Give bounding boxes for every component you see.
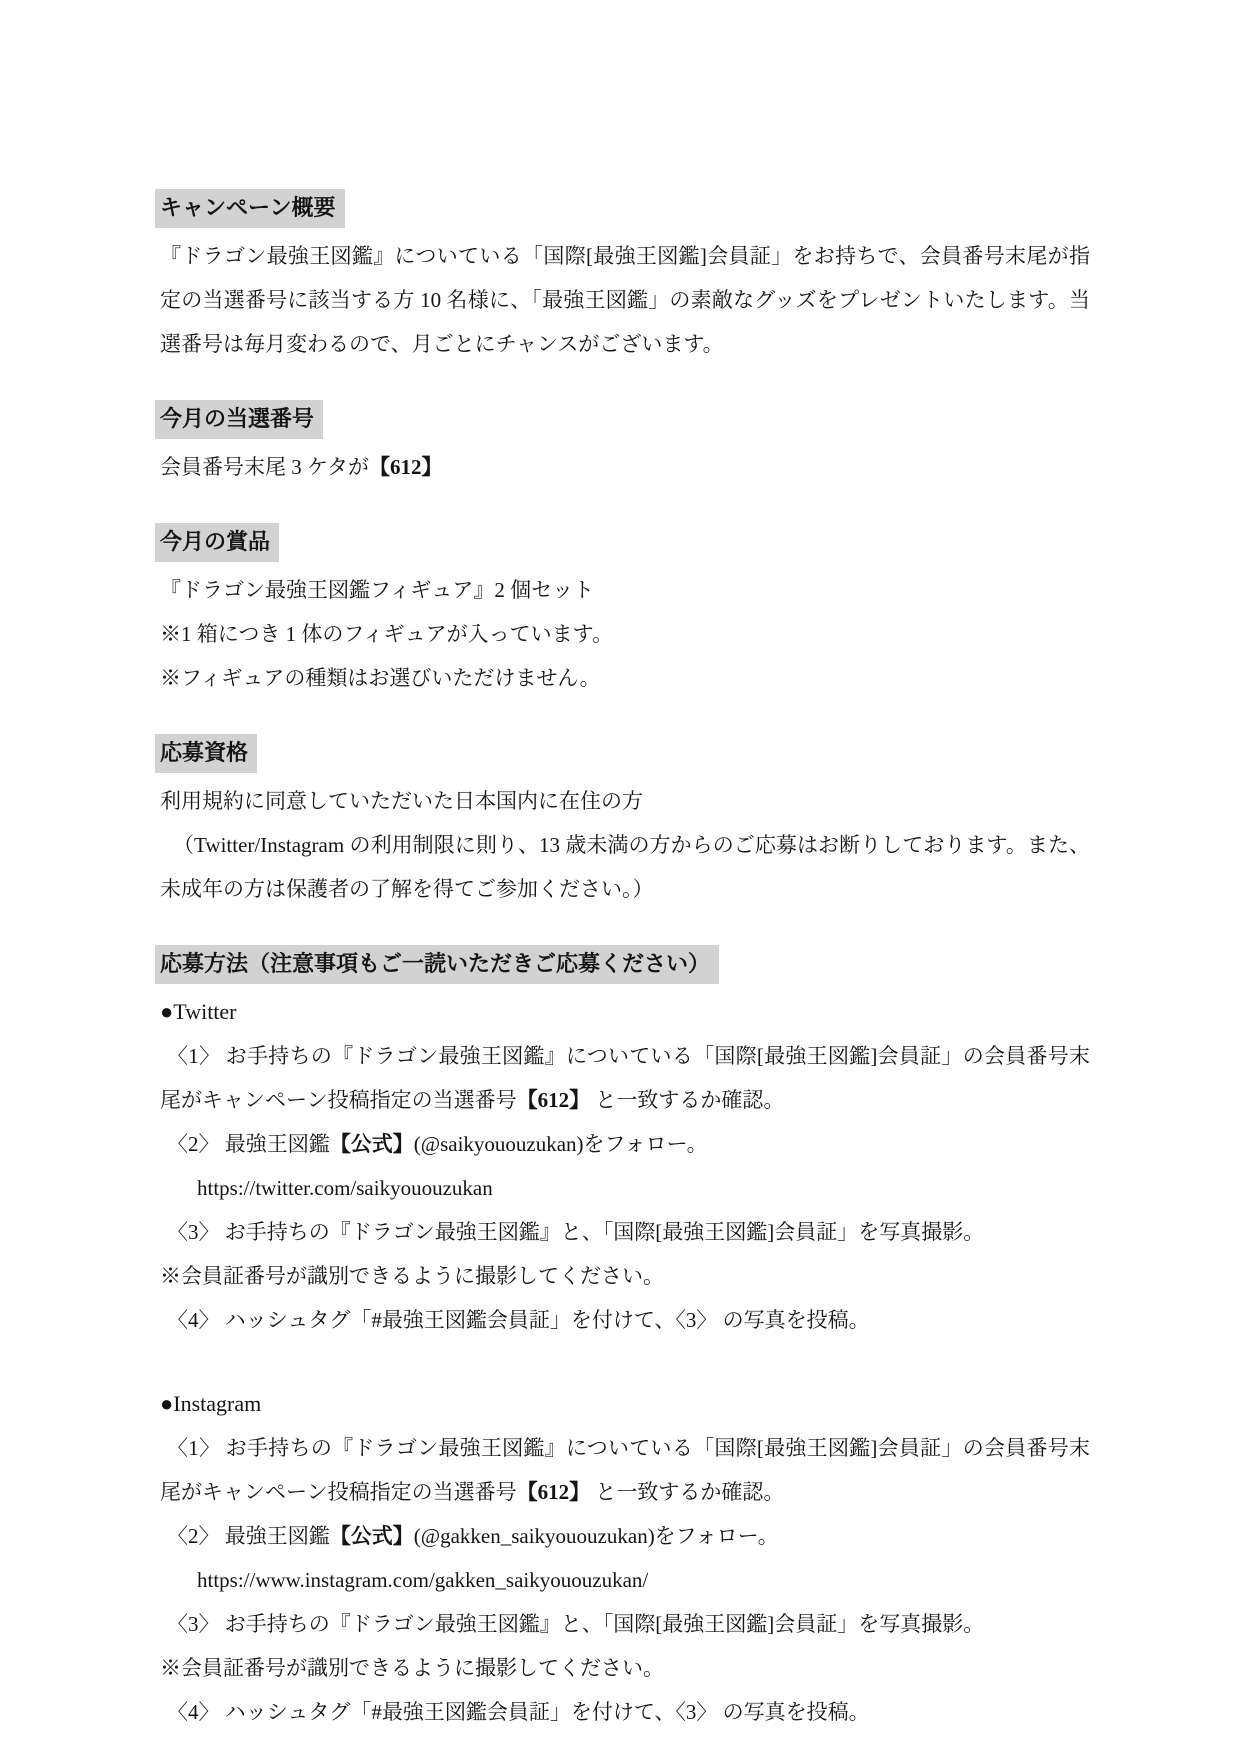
twitter-step-2: 〈2〉 最強王図鑑【公式】(@saikyououzukan)をフォロー。 — [160, 1122, 1090, 1166]
prize-item: 『ドラゴン最強王図鑑フィギュア』2 個セット — [160, 568, 1090, 612]
instagram-step-2-suffix: (@gakken_saikyououzukan)をフォロー。 — [414, 1524, 779, 1548]
campaign-overview-heading-row: キャンペーン概要 — [160, 188, 1090, 234]
twitter-step-1-number: 【612】 — [517, 1088, 591, 1112]
section-eligibility: 応募資格 利用規約に同意していただいた日本国内に在住の方 （Twitter/In… — [160, 733, 1090, 911]
prize-heading-row: 今月の賞品 — [160, 522, 1090, 568]
instagram-step-1-suffix: と一致するか確認。 — [590, 1480, 784, 1504]
twitter-steps: ●Twitter 〈1〉 お手持ちの『ドラゴン最強王図鑑』についている「国際[最… — [160, 990, 1090, 1342]
prize-note-2: ※フィギュアの種類はお選びいただけません。 — [160, 656, 1090, 700]
instagram-step-3: 〈3〉 お手持ちの『ドラゴン最強王図鑑』と、「国際[最強王図鑑]会員証」を写真撮… — [160, 1602, 1090, 1646]
winning-number-line: 会員番号末尾 3 ケタが【612】 — [160, 445, 1090, 489]
eligibility-heading-row: 応募資格 — [160, 733, 1090, 779]
campaign-overview-body: 『ドラゴン最強王図鑑』についている「国際[最強王図鑑]会員証」をお持ちで、会員番… — [160, 234, 1090, 366]
instagram-step-2-text: 〈2〉 最強王図鑑 — [167, 1524, 330, 1548]
prize-note-1: ※1 箱につき 1 体のフィギュアが入っています。 — [160, 612, 1090, 656]
twitter-step-1: 〈1〉 お手持ちの『ドラゴン最強王図鑑』についている「国際[最強王図鑑]会員証」… — [160, 1034, 1090, 1122]
twitter-step-2-suffix: (@saikyououzukan)をフォロー。 — [414, 1132, 708, 1156]
section-how-to-apply: 応募方法（注意事項もご一読いただきご応募ください） ●Twitter 〈1〉 お… — [160, 944, 1090, 1734]
document-page: キャンペーン概要 『ドラゴン最強王図鑑』についている「国際[最強王図鑑]会員証」… — [0, 0, 1241, 1755]
instagram-url[interactable]: https://www.instagram.com/gakken_saikyou… — [160, 1558, 1090, 1602]
winning-number-heading: 今月の当選番号 — [155, 400, 323, 439]
winning-number-heading-row: 今月の当選番号 — [160, 399, 1090, 445]
twitter-step-3: 〈3〉 お手持ちの『ドラゴン最強王図鑑』と、「国際[最強王図鑑]会員証」を写真撮… — [160, 1210, 1090, 1254]
instagram-step-4: 〈4〉 ハッシュタグ「#最強王図鑑会員証」を付けて、〈3〉 の写真を投稿。 — [160, 1690, 1090, 1734]
eligibility-line: 利用規約に同意していただいた日本国内に在住の方 — [160, 779, 1090, 823]
instagram-photo-note: ※会員証番号が識別できるように撮影してください。 — [160, 1646, 1090, 1690]
twitter-step-2-text: 〈2〉 最強王図鑑 — [167, 1132, 330, 1156]
campaign-overview-heading: キャンペーン概要 — [155, 189, 345, 228]
instagram-steps: ●Instagram 〈1〉 お手持ちの『ドラゴン最強王図鑑』についている「国際… — [160, 1382, 1090, 1734]
twitter-step-2-official: 【公式】 — [330, 1132, 414, 1156]
how-to-apply-heading: 応募方法（注意事項もご一読いただきご応募ください） — [155, 945, 719, 984]
instagram-step-1: 〈1〉 お手持ちの『ドラゴン最強王図鑑』についている「国際[最強王図鑑]会員証」… — [160, 1426, 1090, 1514]
section-prize: 今月の賞品 『ドラゴン最強王図鑑フィギュア』2 個セット ※1 箱につき 1 体… — [160, 522, 1090, 700]
instagram-step-2: 〈2〉 最強王図鑑【公式】(@gakken_saikyououzukan)をフォ… — [160, 1514, 1090, 1558]
section-winning-number: 今月の当選番号 会員番号末尾 3 ケタが【612】 — [160, 399, 1090, 489]
section-campaign-overview: キャンペーン概要 『ドラゴン最強王図鑑』についている「国際[最強王図鑑]会員証」… — [160, 188, 1090, 366]
winning-number-value: 【612】 — [369, 455, 443, 479]
twitter-step-4: 〈4〉 ハッシュタグ「#最強王図鑑会員証」を付けて、〈3〉 の写真を投稿。 — [160, 1298, 1090, 1342]
instagram-step-1-number: 【612】 — [517, 1480, 591, 1504]
instagram-step-2-official: 【公式】 — [330, 1524, 414, 1548]
prize-heading: 今月の賞品 — [155, 523, 279, 562]
instagram-platform-label: ●Instagram — [160, 1382, 1090, 1426]
twitter-url[interactable]: https://twitter.com/saikyououzukan — [160, 1166, 1090, 1210]
twitter-platform-label: ●Twitter — [160, 990, 1090, 1034]
how-to-apply-heading-row: 応募方法（注意事項もご一読いただきご応募ください） — [160, 944, 1090, 990]
twitter-step-1-suffix: と一致するか確認。 — [590, 1088, 784, 1112]
eligibility-restriction: （Twitter/Instagram の利用制限に則り、13 歳未満の方からのご… — [160, 823, 1090, 911]
eligibility-heading: 応募資格 — [155, 734, 257, 773]
winning-number-prefix: 会員番号末尾 3 ケタが — [160, 455, 369, 479]
twitter-photo-note: ※会員証番号が識別できるように撮影してください。 — [160, 1254, 1090, 1298]
